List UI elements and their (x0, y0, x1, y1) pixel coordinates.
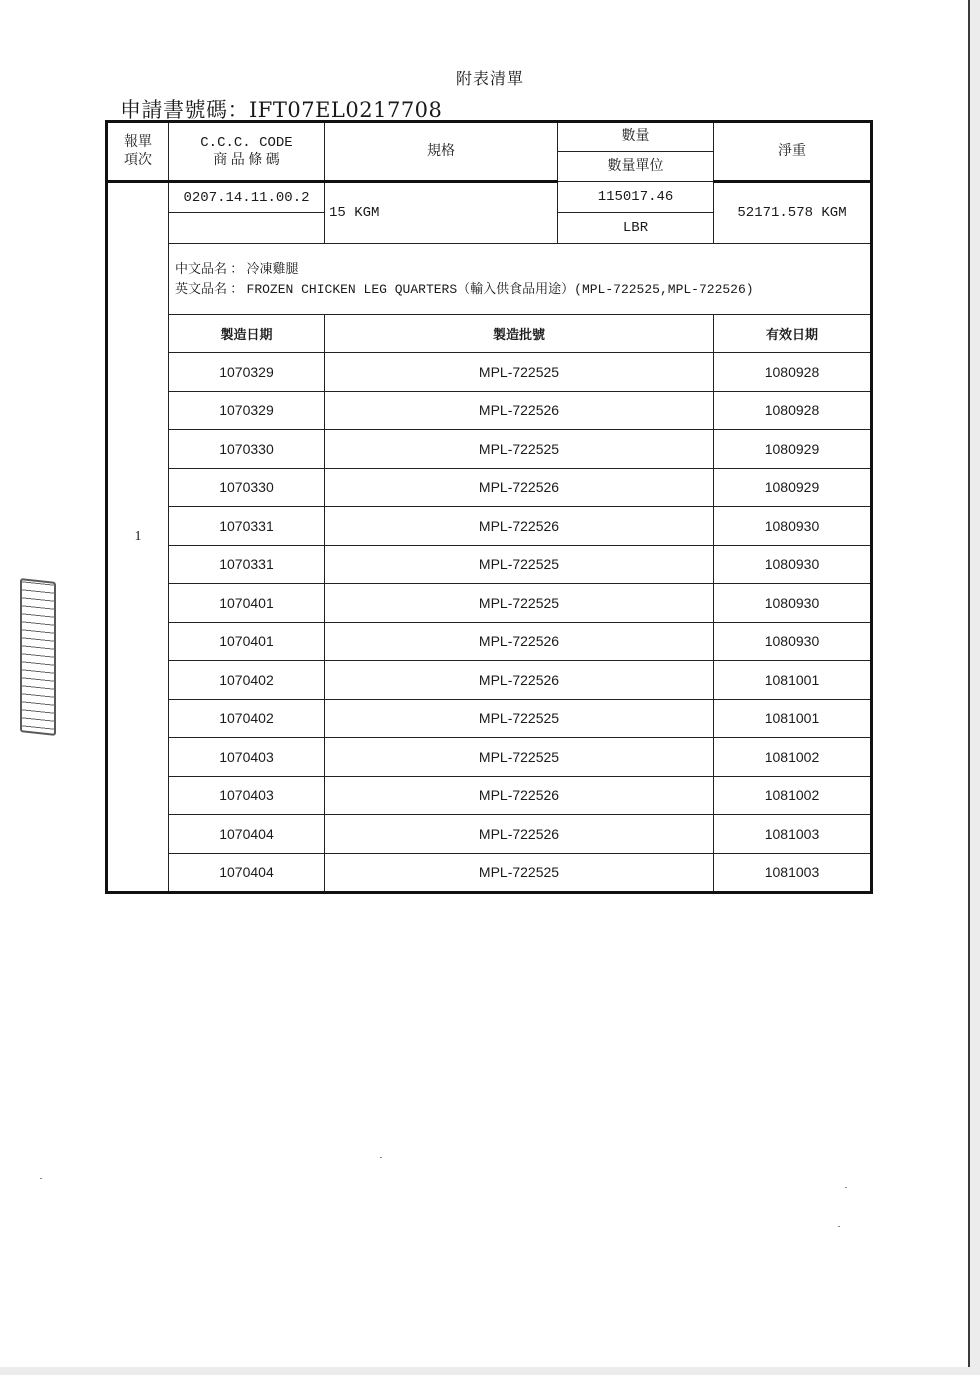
english-name-label: 英文品名 ： (175, 281, 243, 296)
lot-header-row: 製造日期 製造批號 有效日期 (107, 315, 872, 353)
header-row: 報單 項次 C.C.C. CODE 商 品 條 碼 規格 數量 淨重 (107, 122, 872, 152)
ccc-code-value: 0207.14.11.00.2 (169, 182, 325, 213)
batch-no-cell: MPL-722525 (325, 430, 714, 469)
barcode-value (169, 213, 325, 244)
mfg-date-cell: 1070401 (169, 584, 325, 623)
item-row: 1 0207.14.11.00.2 15 KGM 115017.46 52171… (107, 182, 872, 213)
lot-header-batch-no: 製造批號 (325, 315, 714, 353)
header-ccc-code: C.C.C. CODE 商 品 條 碼 (169, 122, 325, 182)
header-quantity-unit: 數量單位 (558, 152, 714, 182)
item-number: 1 (107, 182, 169, 893)
expiry-date-cell: 1081001 (714, 661, 872, 700)
batch-no-cell: MPL-722525 (325, 699, 714, 738)
lot-row: 1070329MPL-7225251080928 (107, 353, 872, 392)
batch-no-cell: MPL-722526 (325, 622, 714, 661)
document-page: 附表清單 申請書號碼：IFT07EL0217708 報單 項次 C.C.C. C… (0, 0, 970, 1367)
batch-no-cell: MPL-722526 (325, 468, 714, 507)
mfg-date-cell: 1070402 (169, 661, 325, 700)
chinese-name-label: 中文品名 ： (175, 261, 243, 276)
expiry-date-cell: 1081003 (714, 853, 872, 893)
mfg-date-cell: 1070329 (169, 353, 325, 392)
lot-row: 1070403MPL-7225251081002 (107, 738, 872, 777)
batch-no-cell: MPL-722526 (325, 661, 714, 700)
batch-no-cell: MPL-722526 (325, 507, 714, 546)
lot-header-expiry-date: 有效日期 (714, 315, 872, 353)
attachment-table: 報單 項次 C.C.C. CODE 商 品 條 碼 規格 數量 淨重 數量單位 … (105, 120, 873, 894)
expiry-date-cell: 1081003 (714, 815, 872, 854)
quantity-unit-value: LBR (558, 213, 714, 244)
product-names: 中文品名 ： 冷凍雞腿 英文品名 ： FROZEN CHICKEN LEG QU… (169, 244, 872, 315)
header-ccc-code-line1: C.C.C. CODE (169, 134, 324, 152)
mfg-date-cell: 1070401 (169, 622, 325, 661)
lot-row: 1070404MPL-7225251081003 (107, 853, 872, 893)
mfg-date-cell: 1070403 (169, 776, 325, 815)
expiry-date-cell: 1080929 (714, 430, 872, 469)
mfg-date-cell: 1070331 (169, 507, 325, 546)
header-spec: 規格 (325, 122, 558, 182)
mfg-date-cell: 1070404 (169, 815, 325, 854)
seal-stamp-icon (20, 578, 56, 736)
header-item-no-line2: 項次 (108, 152, 168, 170)
spec-value: 15 KGM (325, 182, 558, 244)
header-item-no-line1: 報單 (108, 134, 168, 152)
header-net-weight: 淨重 (714, 122, 872, 182)
batch-no-cell: MPL-722525 (325, 738, 714, 777)
lot-row: 1070404MPL-7225261081003 (107, 815, 872, 854)
lot-row: 1070403MPL-7225261081002 (107, 776, 872, 815)
chinese-name-value: 冷凍雞腿 (247, 261, 299, 276)
application-number-value: IFT07EL0217708 (249, 98, 442, 122)
expiry-date-cell: 1080930 (714, 584, 872, 623)
lot-row: 1070402MPL-7225251081001 (107, 699, 872, 738)
mfg-date-cell: 1070402 (169, 699, 325, 738)
mfg-date-cell: 1070330 (169, 468, 325, 507)
lot-row: 1070331MPL-7225251080930 (107, 545, 872, 584)
expiry-date-cell: 1080930 (714, 507, 872, 546)
expiry-date-cell: 1080928 (714, 353, 872, 392)
mfg-date-cell: 1070403 (169, 738, 325, 777)
lot-header-mfg-date: 製造日期 (169, 315, 325, 353)
product-names-row: 中文品名 ： 冷凍雞腿 英文品名 ： FROZEN CHICKEN LEG QU… (107, 244, 872, 315)
application-number-label: 申請書號碼： (120, 98, 249, 122)
lot-row: 1070401MPL-7225251080930 (107, 584, 872, 623)
batch-no-cell: MPL-722525 (325, 853, 714, 893)
mfg-date-cell: 1070331 (169, 545, 325, 584)
mfg-date-cell: 1070329 (169, 391, 325, 430)
lot-row: 1070329MPL-7225261080928 (107, 391, 872, 430)
header-item-no: 報單 項次 (107, 122, 169, 182)
english-name-value: FROZEN CHICKEN LEG QUARTERS（輸入供食品用途）(MPL… (247, 282, 754, 297)
batch-no-cell: MPL-722525 (325, 584, 714, 623)
batch-no-cell: MPL-722526 (325, 776, 714, 815)
expiry-date-cell: 1080928 (714, 391, 872, 430)
header-quantity: 數量 (558, 122, 714, 152)
batch-no-cell: MPL-722526 (325, 391, 714, 430)
expiry-date-cell: 1080930 (714, 622, 872, 661)
batch-no-cell: MPL-722526 (325, 815, 714, 854)
lot-row: 1070331MPL-7225261080930 (107, 507, 872, 546)
chinese-name-line: 中文品名 ： 冷凍雞腿 (175, 259, 864, 279)
batch-no-cell: MPL-722525 (325, 545, 714, 584)
header-ccc-code-line2: 商 品 條 碼 (169, 152, 324, 170)
lot-row: 1070330MPL-7225261080929 (107, 468, 872, 507)
net-weight-value: 52171.578 KGM (714, 182, 872, 244)
batch-no-cell: MPL-722525 (325, 353, 714, 392)
lot-row: 1070330MPL-7225251080929 (107, 430, 872, 469)
expiry-date-cell: 1081002 (714, 738, 872, 777)
expiry-date-cell: 1081001 (714, 699, 872, 738)
mfg-date-cell: 1070404 (169, 853, 325, 893)
expiry-date-cell: 1080929 (714, 468, 872, 507)
mfg-date-cell: 1070330 (169, 430, 325, 469)
expiry-date-cell: 1080930 (714, 545, 872, 584)
quantity-value: 115017.46 (558, 182, 714, 213)
document-title: 附表清單 (0, 66, 980, 89)
expiry-date-cell: 1081002 (714, 776, 872, 815)
english-name-line: 英文品名 ： FROZEN CHICKEN LEG QUARTERS（輸入供食品… (175, 279, 864, 300)
lot-row: 1070401MPL-7225261080930 (107, 622, 872, 661)
lot-row: 1070402MPL-7225261081001 (107, 661, 872, 700)
